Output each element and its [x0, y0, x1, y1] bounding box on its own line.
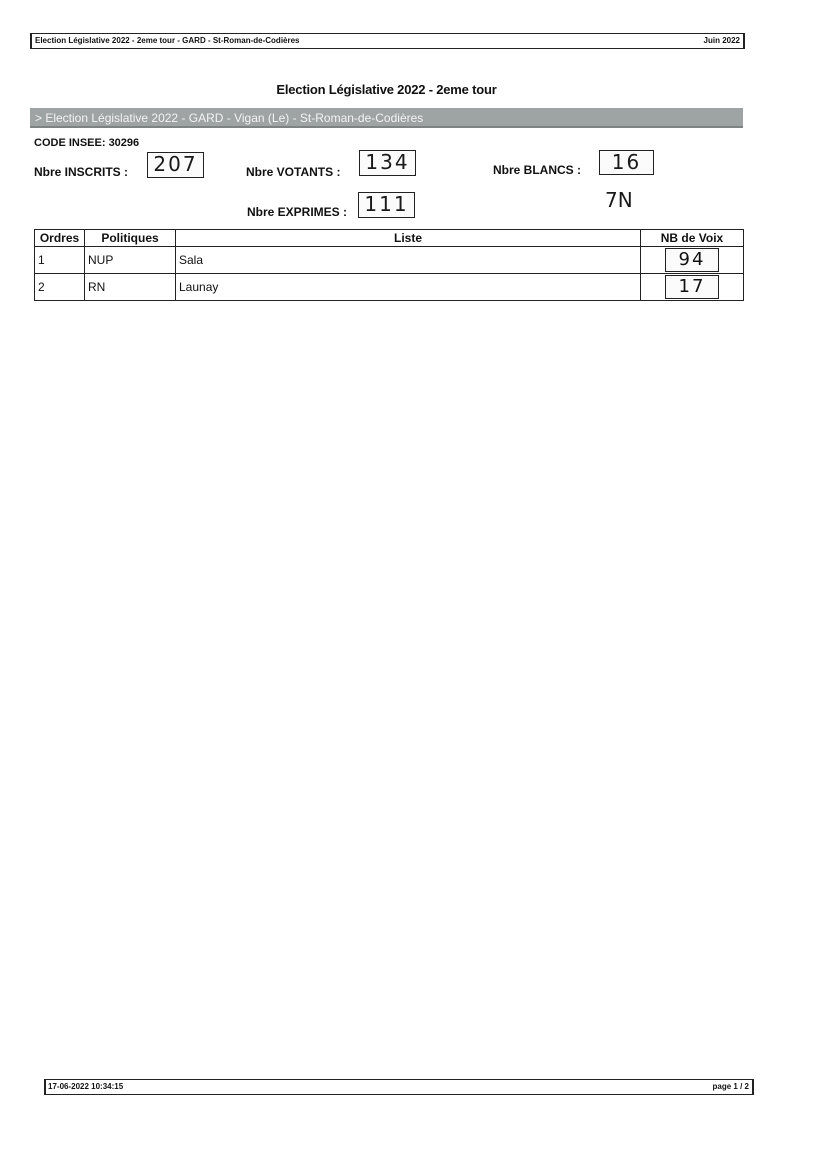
- page-header: Election Législative 2022 - 2eme tour - …: [30, 33, 745, 49]
- cell-politique: RN: [85, 274, 176, 301]
- results-table: Ordres Politiques Liste NB de Voix 1 NUP…: [34, 229, 744, 301]
- cell-liste: Launay: [176, 274, 641, 301]
- breadcrumb: > Election Législative 2022 - GARD - Vig…: [30, 108, 743, 128]
- cell-voix: 94: [641, 247, 744, 274]
- header-politiques: Politiques: [85, 230, 176, 247]
- table-row: 1 NUP Sala 94: [35, 247, 744, 274]
- header-liste: Liste: [176, 230, 641, 247]
- table-row: 2 RN Launay 17: [35, 274, 744, 301]
- cell-politique: NUP: [85, 247, 176, 274]
- page-title: Election Législative 2022 - 2eme tour: [0, 82, 773, 97]
- exprimes-value: 111: [358, 192, 415, 218]
- votants-value: 134: [359, 150, 416, 176]
- exprimes-label: Nbre EXPRIMES :: [247, 205, 347, 219]
- blancs-label: Nbre BLANCS :: [493, 163, 581, 177]
- code-insee: CODE INSEE: 30296: [34, 137, 139, 149]
- votants-label: Nbre VOTANTS :: [246, 165, 340, 179]
- cell-liste: Sala: [176, 247, 641, 274]
- inscrits-value: 207: [147, 152, 204, 178]
- voix-value: 17: [665, 275, 719, 299]
- header-voix: NB de Voix: [641, 230, 744, 247]
- timestamp: 17-06-2022 10:34:15: [48, 1080, 123, 1094]
- cell-ordre: 1: [35, 247, 85, 274]
- page-number: page 1 / 2: [713, 1080, 749, 1094]
- inscrits-label: Nbre INSCRITS :: [34, 165, 128, 179]
- cell-ordre: 2: [35, 274, 85, 301]
- page-footer: 17-06-2022 10:34:15 page 1 / 2: [44, 1079, 754, 1095]
- cell-voix: 17: [641, 274, 744, 301]
- date-label: Juin 2022: [704, 34, 740, 48]
- voix-value: 94: [665, 248, 719, 272]
- handwritten-note: 7N: [605, 188, 633, 212]
- header-ordres: Ordres: [35, 230, 85, 247]
- document-label: Election Législative 2022 - 2eme tour - …: [35, 34, 300, 48]
- table-header-row: Ordres Politiques Liste NB de Voix: [35, 230, 744, 247]
- blancs-value: 16: [599, 150, 654, 175]
